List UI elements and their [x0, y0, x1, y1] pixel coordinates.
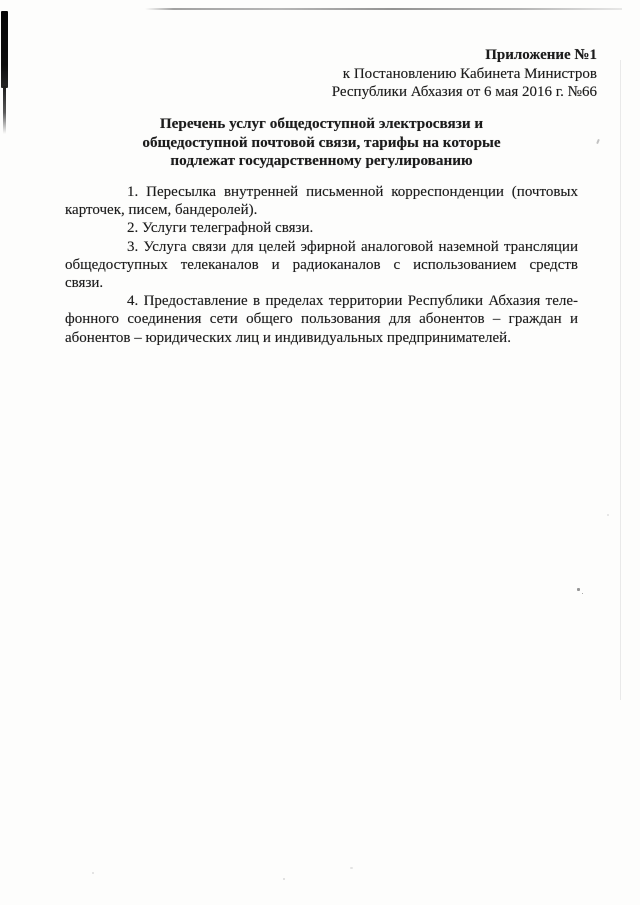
body-line: общедоступных телеканалов и радиоканалов… [65, 256, 578, 274]
header-line: к Постановлению Кабинета Министров [177, 65, 597, 84]
title-line: общедоступной почтовой связи, тарифы на … [65, 134, 578, 153]
body-line: 3. Услуга связи для целей эфирной аналог… [65, 238, 578, 256]
list-item: 2. Услуги телеграфной связи. [65, 219, 578, 237]
scan-speck [283, 878, 285, 880]
scan-artifact-top-line [145, 8, 622, 10]
scan-speck [92, 872, 94, 874]
title-line: подлежат государственному регулированию [65, 152, 578, 171]
list-item: 3. Услуга связи для целей эфирной аналог… [65, 238, 578, 293]
scan-speck [596, 139, 600, 144]
body-line: 4. Предоставление в пределах территории … [65, 292, 578, 310]
body-line: связи. [65, 274, 578, 292]
scan-speck [577, 588, 580, 591]
body-line: абонентов – юридических лиц и индивидуал… [65, 329, 578, 347]
document-title: Перечень услуг общедоступной электросвяз… [65, 115, 578, 171]
scan-artifact-fold-line [620, 60, 621, 700]
document-header: Приложение №1 к Постановлению Кабинета М… [177, 46, 597, 102]
scan-speck [350, 867, 353, 869]
list-item: 4. Предоставление в пределах территории … [65, 292, 578, 347]
scan-artifact-left-bar-tail [3, 86, 6, 134]
scan-speck [607, 514, 609, 516]
document-page: Приложение №1 к Постановлению Кабинета М… [0, 0, 640, 905]
appendix-label: Приложение №1 [177, 46, 597, 65]
body-line: 1. Пересылка внутренней письменной корре… [65, 183, 578, 201]
document-body: 1. Пересылка внутренней письменной корре… [65, 183, 578, 347]
body-line: 2. Услуги телеграфной связи. [65, 219, 578, 237]
title-line: Перечень услуг общедоступной электросвяз… [65, 115, 578, 134]
list-item: 1. Пересылка внутренней письменной корре… [65, 183, 578, 219]
body-line: карточек, писем, бандеролей). [65, 201, 578, 219]
scan-artifact-left-bar [1, 11, 8, 88]
header-line: Республики Абхазия от 6 мая 2016 г. №66 [177, 83, 597, 102]
body-line: фонного соединения сети общего пользован… [65, 310, 578, 328]
